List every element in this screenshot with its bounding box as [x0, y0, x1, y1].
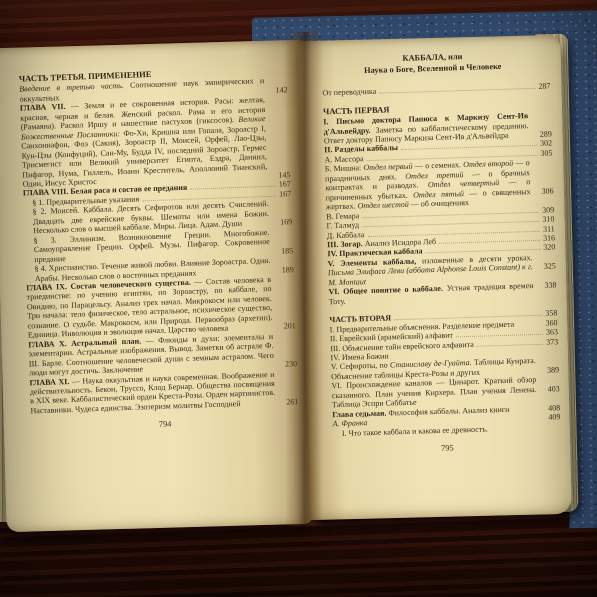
toc-page-number: 305 [540, 148, 552, 158]
toc-page-number: 261 [286, 397, 298, 407]
toc-page-number: 363 [546, 327, 558, 337]
toc-page-number: 358 [545, 308, 557, 318]
toc-page-number: 325 [544, 262, 556, 272]
toc-page-number: 403 [547, 384, 559, 394]
toc-page-number: 360 [545, 318, 557, 328]
toc-page-number: 306 [541, 186, 553, 196]
photo-scene: ЧАСТЬ ТРЕТЬЯ. ПРИМЕНЕНИЕВведение в треть… [0, 0, 597, 597]
toc-page-number: 316 [543, 233, 555, 243]
toc-page-number: 310 [542, 214, 554, 224]
toc-entry: ГЛАВА VII. — Земля и ее сокровенная исто… [20, 95, 291, 189]
toc-page-number: 302 [540, 139, 552, 149]
toc-page-number: 373 [546, 337, 558, 347]
toc-page-number: 185 [281, 246, 293, 256]
toc-page-number: 167 [279, 180, 291, 190]
toc-page-number: 142 [275, 85, 287, 95]
toc-page-number: 145 [278, 170, 290, 180]
right-page-content: КАББАЛА, или Наука о Боге, Вселенной и Ч… [321, 47, 561, 456]
toc-page-number: 409 [548, 412, 560, 422]
toc-page-number: 338 [544, 281, 556, 291]
toc-page-number: 167 [279, 189, 291, 199]
toc-entry: ГЛАВА IX. Состав человеческого существа.… [26, 274, 296, 340]
toc-page-number: 230 [285, 359, 297, 369]
right-toc: От переводчика287ЧАСТЬ ПЕРВАЯI. Письмо д… [322, 82, 561, 439]
toc-entry: Б. Мишна: Отдел первый — о семенах. Отде… [325, 158, 554, 212]
toc-page-number: 389 [547, 365, 559, 375]
toc-page-number: 311 [543, 224, 555, 234]
toc-page-number: 287 [538, 82, 550, 92]
left-page: ЧАСТЬ ТРЕТЬЯ. ПРИМЕНЕНИЕВведение в треть… [0, 40, 313, 532]
toc-page-number: 289 [540, 129, 552, 139]
book-title: КАББАЛА, или Наука о Боге, Вселенной и Ч… [321, 50, 544, 78]
toc-page-number: 201 [284, 321, 296, 331]
toc-entry: От переводчика287 [322, 82, 550, 98]
right-folio: 795 [333, 440, 561, 456]
toc-page-number: 320 [543, 243, 555, 253]
toc-page-number: 408 [548, 403, 560, 413]
right-page: КАББАЛА, или Наука о Боге, Вселенной и Ч… [297, 35, 572, 520]
toc-entry: ГЛАВА XI. — Наука оккультная и наука сов… [29, 369, 298, 416]
dot-leader [477, 343, 544, 346]
toc-page-number: 309 [542, 205, 554, 215]
toc-page-number: 169 [280, 217, 292, 227]
left-page-content: ЧАСТЬ ТРЕТЬЯ. ПРИМЕНЕНИЕВведение в треть… [19, 63, 299, 434]
left-folio: 794 [31, 415, 299, 434]
toc-page-number: 189 [282, 265, 294, 275]
left-toc: ЧАСТЬ ТРЕТЬЯ. ПРИМЕНЕНИЕВведение в треть… [19, 65, 299, 415]
dot-leader [379, 88, 535, 94]
